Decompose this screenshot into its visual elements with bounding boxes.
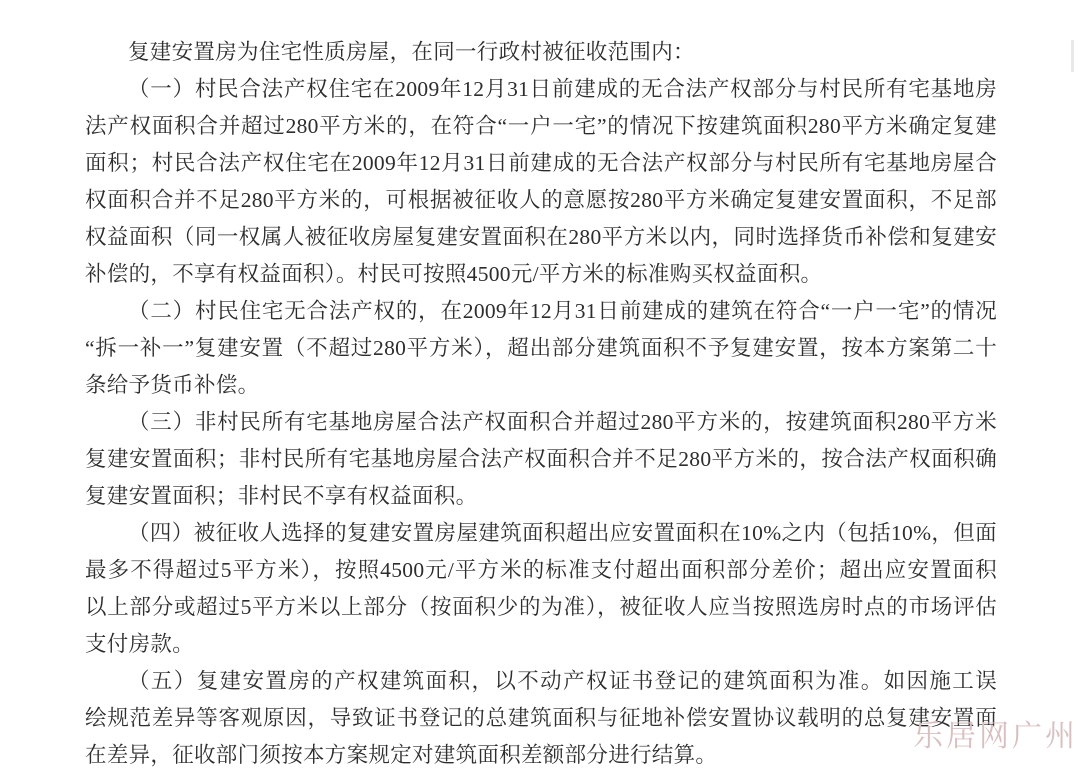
scan-artifact bbox=[1071, 40, 1074, 72]
watermark: 乐居网广州 bbox=[913, 719, 1078, 755]
text-line: 条给予货币补偿。 bbox=[85, 367, 997, 404]
text-line: 最多不得超过5平方米），按照4500元/平方米的标准支付超出面积部分差价；超出应… bbox=[85, 552, 997, 589]
text-line: 以上部分或超过5平方米以上部分（按面积少的为准），被征收人应当按照选房时点的市场… bbox=[85, 589, 997, 626]
text-line: 面积；村民合法产权住宅在2009年12月31日前建成的无合法产权部分与村民所有宅… bbox=[85, 145, 997, 182]
text-line: “拆一补一”复建安置（不超过280平方米），超出部分建筑面积不予复建安置，按本方… bbox=[85, 330, 997, 367]
text-line: 在差异，征收部门须按本方案规定对建筑面积差额部分进行结算。 bbox=[85, 737, 997, 773]
text-line: 权益面积（同一权属人被征收房屋复建安置面积在280平方米以内，同时选择货币补偿和… bbox=[85, 219, 997, 256]
text-line: （四）被征收人选择的复建安置房屋建筑面积超出应安置面积在10%之内（包括10%，… bbox=[85, 515, 997, 552]
text-line: 权面积合并不足280平方米的，可根据被征收人的意愿按280平方米确定复建安置面积… bbox=[85, 182, 997, 219]
text-line: 补偿的，不享有权益面积）。村民可按照4500元/平方米的标准购买权益面积。 bbox=[85, 256, 997, 293]
text-line: （一）村民合法产权住宅在2009年12月31日前建成的无合法产权部分与村民所有宅… bbox=[85, 71, 997, 108]
text-line: 复建安置面积；非村民不享有权益面积。 bbox=[85, 478, 997, 515]
text-line: 法产权面积合并超过280平方米的，在符合“一户一宅”的情况下按建筑面积280平方… bbox=[85, 108, 997, 145]
text-line: （二）村民住宅无合法产权的，在2009年12月31日前建成的建筑在符合“一户一宅… bbox=[85, 293, 997, 330]
text-line: 复建安置房为住宅性质房屋，在同一行政村被征收范围内： bbox=[85, 34, 997, 71]
text-line: 绘规范差异等客观原因，导致证书登记的总建筑面积与征地补偿安置协议载明的总复建安置… bbox=[85, 700, 997, 737]
document-page: 复建安置房为住宅性质房屋，在同一行政村被征收范围内： （一）村民合法产权住宅在2… bbox=[0, 0, 1080, 773]
text-line: （五）复建安置房的产权建筑面积，以不动产权证书登记的建筑面积为准。如因施工误差、… bbox=[85, 663, 997, 700]
text-line: 支付房款。 bbox=[85, 626, 997, 663]
text-line: 复建安置面积；非村民所有宅基地房屋合法产权面积合并不足280平方米的，按合法产权… bbox=[85, 441, 997, 478]
text-line: （三）非村民所有宅基地房屋合法产权面积合并超过280平方米的，按建筑面积280平… bbox=[85, 404, 997, 441]
document-body: 复建安置房为住宅性质房屋，在同一行政村被征收范围内： （一）村民合法产权住宅在2… bbox=[85, 34, 997, 773]
